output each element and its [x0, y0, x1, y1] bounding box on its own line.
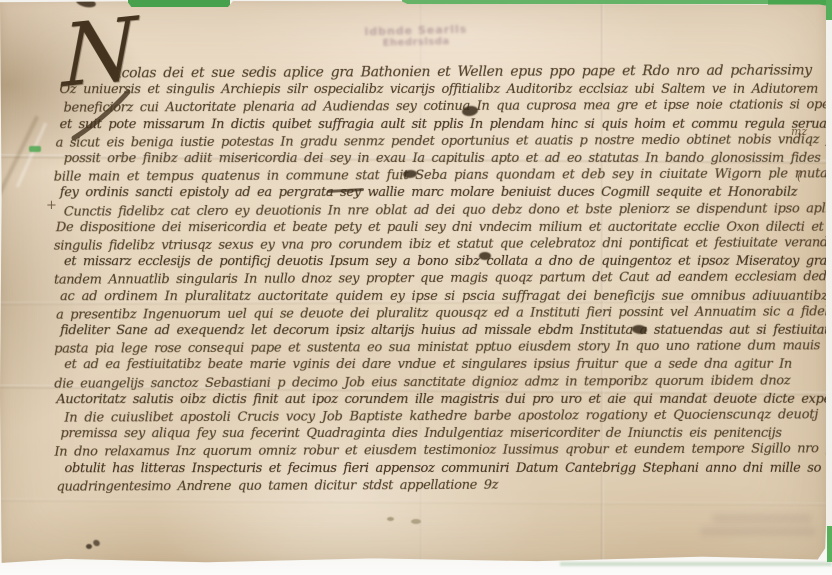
- show-through-smudge: [712, 514, 812, 523]
- manuscript-line: fideliter Sane ad exequendz let decorum …: [60, 322, 822, 340]
- ink-blot: [479, 252, 491, 260]
- manuscript-line: Auctoritatz salutis oibz dictis finit au…: [56, 391, 822, 409]
- manuscript-line: De dispositione dei misericordia et beat…: [56, 219, 822, 237]
- photo-frame: ldbnde Searlls Ehedrslsda N icolas dei e…: [0, 0, 832, 575]
- margin-cross-mark: +: [46, 198, 57, 213]
- manuscript-line: obtulit has litteras Inspecturis et feci…: [64, 459, 822, 477]
- manuscript-line: die euangelijs sanctoz Sebastiani p deci…: [54, 372, 822, 393]
- manuscript-line: et ad ea festiuitatibz beate marie vgini…: [64, 356, 822, 374]
- manuscript-line: beneficiorz cui Auctoritate plenaria ad …: [64, 97, 822, 118]
- fold-crease-diagonal: [16, 122, 47, 187]
- green-backing-strip: [402, 0, 774, 4]
- manuscript-line: In die cuiuslibet apostoli Crucis vocy J…: [64, 406, 822, 427]
- manuscript-line: ac ad ordinem In pluralitatz auctoritate…: [60, 287, 822, 305]
- margin-right-note: mz: [791, 125, 807, 138]
- manuscript-line: icolas dei et sue sedis aplice gra Batho…: [117, 62, 821, 82]
- stain-speck: [387, 517, 394, 521]
- ink-blot: [86, 544, 92, 549]
- parchment: ldbnde Searlls Ehedrslsda N icolas dei e…: [0, 0, 826, 564]
- archive-stamp: ldbnde Searlls Ehedrslsda: [350, 22, 483, 49]
- stain-speck: [411, 519, 421, 524]
- manuscript-text: icolas dei et sue sedis aplice gra Batho…: [53, 63, 822, 495]
- manuscript-line: a presentibz Ingenuorum uel qui se deuot…: [56, 303, 822, 324]
- manuscript-line: fey ordinis sancti epistoly ad ea pergra…: [60, 184, 822, 202]
- manuscript-line: Cunctis fidelibz cat clero ey deuotionis…: [64, 200, 822, 221]
- show-through-smudge: [700, 527, 816, 536]
- green-backing-strip: [826, 0, 832, 20]
- ink-blot: [92, 539, 101, 548]
- fold-crease-horizontal: [0, 498, 826, 506]
- green-backing-strip: [128, 0, 230, 7]
- manuscript-line: In dno relaxamus Inz quorum omniz robur …: [54, 441, 822, 462]
- fold-crease-diagonal: [0, 116, 39, 197]
- manuscript-line: singulis fidelibz vtriusqz sexus ey vna …: [54, 234, 822, 255]
- green-backing-dash: [29, 146, 41, 152]
- manuscript-line: et suit pote missarum In dictis quibet s…: [60, 115, 822, 133]
- green-backing-strip: [560, 562, 832, 566]
- manuscript-line: quadringentesimo Andrene quo tamen dicit…: [57, 475, 823, 496]
- manuscript-line: a sicut eis beniga iustie potestas In gr…: [56, 131, 822, 152]
- margin-right-note: (: [797, 169, 802, 183]
- manuscript-line: tandem Annuatlib singularis In nullo dno…: [54, 269, 822, 290]
- green-backing-strip: [827, 526, 832, 562]
- manuscript-line: possit orbe finibz adiit misericordia de…: [64, 150, 822, 168]
